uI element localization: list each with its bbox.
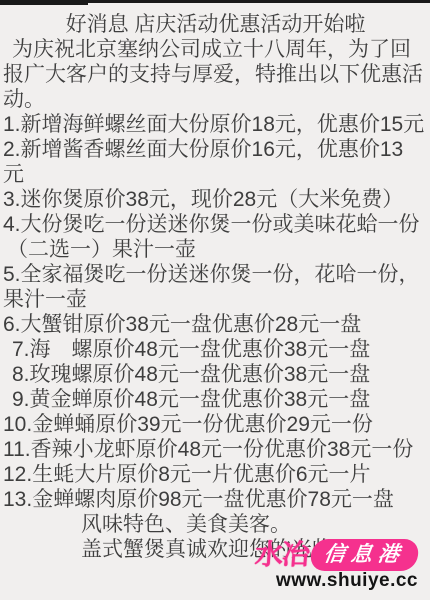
offer-item-12: 12.生蚝大片原价8元一片优惠价6元一片 (3, 462, 428, 487)
offer-item-9: 9.黄金蝉原价48元一盘优惠价38元一盘 (3, 387, 428, 412)
offer-item-2-cont: 元 (3, 162, 428, 187)
offer-item-3: 3.迷你煲原价38元，现价28元（大米免费） (3, 187, 428, 212)
watermark-logo-row: 水冶 信息港 (255, 539, 418, 570)
watermark-badge: 信息港 (309, 539, 420, 571)
watermark-site-name: 水冶 (254, 541, 310, 569)
closing-line-1: 风味特色、美食美客。 (3, 512, 428, 537)
offer-item-5-cont: 果汁一壶 (3, 287, 428, 312)
watermark: 水冶 信息港 www.shuiye.cc (255, 539, 418, 591)
offer-item-2: 2.新增酱香螺丝面大份原价16元，优惠价13 (3, 137, 428, 162)
offer-item-7: 7.海 螺原价48元一盘优惠价38元一盘 (3, 337, 428, 362)
offer-item-6: 6.大蟹钳原价38元一盘优惠价28元一盘 (3, 312, 428, 337)
offer-item-11: 11.香辣小龙虾原价48元一份优惠价38元一份 (3, 437, 428, 462)
offer-item-13: 13.金蝉螺肉原价98元一盘优惠价78元一盘 (3, 487, 428, 512)
offer-item-4-cont: （二选一）果汁一壶 (3, 237, 428, 262)
offer-item-4: 4.大份煲吃一份送迷你煲一份或美味花蛤一份 (3, 212, 428, 237)
offer-item-1: 1.新增海鲜螺丝面大份原价18元，优惠价15元 (3, 112, 428, 137)
intro-line-2: 报广大客户的支持与厚爱，特推出以下优惠活 (3, 62, 428, 87)
watermark-url: www.shuiye.cc (255, 571, 418, 591)
offer-item-5: 5.全家福煲吃一份送迷你煲一份，花哈一份， (3, 262, 428, 287)
intro-line-3: 动。 (3, 87, 428, 112)
scan-edge-artifact (0, 0, 430, 3)
intro-line-1: 为庆祝北京塞纳公司成立十八周年，为了回 (3, 37, 428, 62)
offer-item-8: 8.玫瑰螺原价48元一盘优惠价38元一盘 (3, 362, 428, 387)
promo-flyer: 好消息 店庆活动优惠活动开始啦 为庆祝北京塞纳公司成立十八周年，为了回 报广大客… (0, 0, 430, 600)
flyer-title: 好消息 店庆活动优惠活动开始啦 (3, 12, 428, 37)
flyer-text-block: 好消息 店庆活动优惠活动开始啦 为庆祝北京塞纳公司成立十八周年，为了回 报广大客… (3, 12, 428, 562)
offer-item-10: 10.金蝉蛹原价39元一份优惠价29元一份 (3, 412, 428, 437)
